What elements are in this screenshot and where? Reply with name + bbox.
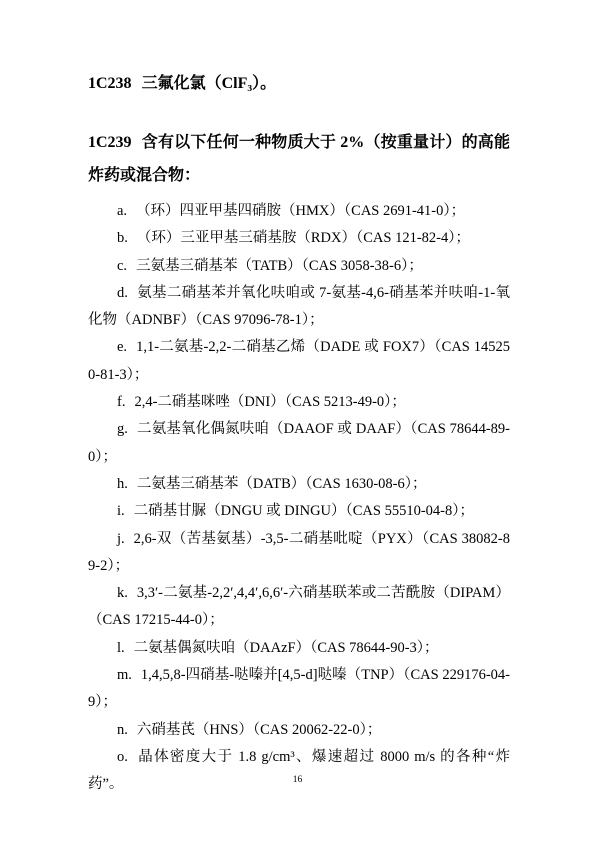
list-item-l: l.二氨基偶氮呋咱（DAAzF）（CAS 78644-90-3）； <box>88 635 510 662</box>
list-item-label: h. <box>117 476 128 492</box>
list-item-f: f.2,4-二硝基咪唑（DNI）（CAS 5213-49-0）； <box>88 389 510 416</box>
list-item-label: o. <box>117 749 128 765</box>
list-item-a: a.（环）四亚甲基四硝胺（HMX）（CAS 2691-41-0）； <box>88 198 510 225</box>
list-item-c: c.三氨基三硝基苯（TATB）（CAS 3058-38-6）； <box>88 253 510 280</box>
list-item-label: f. <box>117 394 125 410</box>
list-item-text: 六硝基芪（HNS）（CAS 20062-22-0）； <box>137 722 382 738</box>
list-item-text: 氨基二硝基苯并氧化呋咱或 7-氨基-4,6-硝基苯并呋咱-1-氧化物（ADNBF… <box>88 285 510 328</box>
list-item-o: o.晶体密度大于 1.8 g/cm³、爆速超过 8000 m/s 的各种“炸药”… <box>88 744 510 799</box>
list-item-text: 三氨基三硝基苯（TATB）（CAS 3058-38-6）； <box>136 258 423 274</box>
page-number: 16 <box>0 775 595 785</box>
list-item-text: （环）四亚甲基四硝胺（HMX）（CAS 2691-41-0）； <box>136 203 465 219</box>
list-item-label: m. <box>117 667 132 683</box>
entry-1c238-title: 三氟化氯（ClF₃）。 <box>142 75 277 92</box>
list-item-text: 二硝基甘脲（DNGU 或 DINGU）（CAS 55510-04-8）； <box>134 503 474 519</box>
list-item-n: n.六硝基芪（HNS）（CAS 20062-22-0）； <box>88 717 510 744</box>
list-item-text: （环）三亚甲基三硝基胺（RDX）（CAS 121-82-4）； <box>137 230 470 246</box>
list-item-label: g. <box>117 421 128 437</box>
list-item-label: c. <box>117 258 127 274</box>
list-item-label: a. <box>117 203 127 219</box>
list-item-b: b.（环）三亚甲基三硝基胺（RDX）（CAS 121-82-4）； <box>88 225 510 252</box>
entry-1c239-code: 1C239 <box>88 134 132 151</box>
list-item-g: g.二氨基氧化偶氮呋咱（DAAOF 或 DAAF）（CAS 78644-89-0… <box>88 416 510 471</box>
document-page: 1C238三氟化氯（ClF₃）。 1C239含有以下任何一种物质大于 2%（按重… <box>0 0 595 841</box>
list-item-label: b. <box>117 230 128 246</box>
list-item-text: 二氨基三硝基苯（DATB）（CAS 1630-08-6）； <box>137 476 427 492</box>
list-item-j: j.2,6-双（苦基氨基）-3,5-二硝基吡啶（PYX）（CAS 38082-8… <box>88 526 510 581</box>
entry-1c239-heading: 1C239含有以下任何一种物质大于 2%（按重量计）的高能炸药或混合物： <box>88 126 510 192</box>
list-item-label: e. <box>117 339 127 355</box>
list-item-text: 2,4-二硝基咪唑（DNI）（CAS 5213-49-0）； <box>134 394 405 410</box>
list-item-text: 晶体密度大于 1.8 g/cm³、爆速超过 8000 m/s 的各种“炸药”。 <box>88 749 510 792</box>
list-item-m: m.1,4,5,8-四硝基-哒嗪并[4,5-d]哒嗪（TNP）（CAS 2291… <box>88 662 510 717</box>
list-item-text: 二氨基氧化偶氮呋咱（DAAOF 或 DAAF）（CAS 78644-89-0）； <box>88 421 510 464</box>
list-item-text: 1,4,5,8-四硝基-哒嗪并[4,5-d]哒嗪（TNP）（CAS 229176… <box>88 667 510 710</box>
list-item-k: k.3,3′-二氨基-2,2′,4,4′,6,6′-六硝基联苯或二苦酰胺（DIP… <box>88 580 510 635</box>
explosives-list: a.（环）四亚甲基四硝胺（HMX）（CAS 2691-41-0）； b.（环）三… <box>88 198 510 799</box>
list-item-text: 1,1-二氨基-2,2-二硝基乙烯（DADE 或 FOX7）（CAS 14525… <box>88 339 510 382</box>
list-item-d: d.氨基二硝基苯并氧化呋咱或 7-氨基-4,6-硝基苯并呋咱-1-氧化物（ADN… <box>88 280 510 335</box>
list-item-e: e.1,1-二氨基-2,2-二硝基乙烯（DADE 或 FOX7）（CAS 145… <box>88 334 510 389</box>
entry-1c238-code: 1C238 <box>88 75 132 92</box>
list-item-text: 二氨基偶氮呋咱（DAAzF）（CAS 78644-90-3）； <box>134 640 439 656</box>
list-item-label: d. <box>117 285 128 301</box>
entry-1c239-title: 含有以下任何一种物质大于 2%（按重量计）的高能炸药或混合物： <box>88 134 510 184</box>
list-item-label: j. <box>117 531 125 547</box>
list-item-label: l. <box>117 640 125 656</box>
list-item-label: k. <box>117 585 128 601</box>
list-item-i: i.二硝基甘脲（DNGU 或 DINGU）（CAS 55510-04-8）； <box>88 498 510 525</box>
list-item-label: i. <box>117 503 125 519</box>
entry-1c238-heading: 1C238三氟化氯（ClF₃）。 <box>88 73 510 95</box>
list-item-label: n. <box>117 722 128 738</box>
list-item-text: 3,3′-二氨基-2,2′,4,4′,6,6′-六硝基联苯或二苦酰胺（DIPAM… <box>88 585 510 628</box>
list-item-h: h.二氨基三硝基苯（DATB）（CAS 1630-08-6）； <box>88 471 510 498</box>
list-item-text: 2,6-双（苦基氨基）-3,5-二硝基吡啶（PYX）（CAS 38082-89-… <box>88 531 510 574</box>
